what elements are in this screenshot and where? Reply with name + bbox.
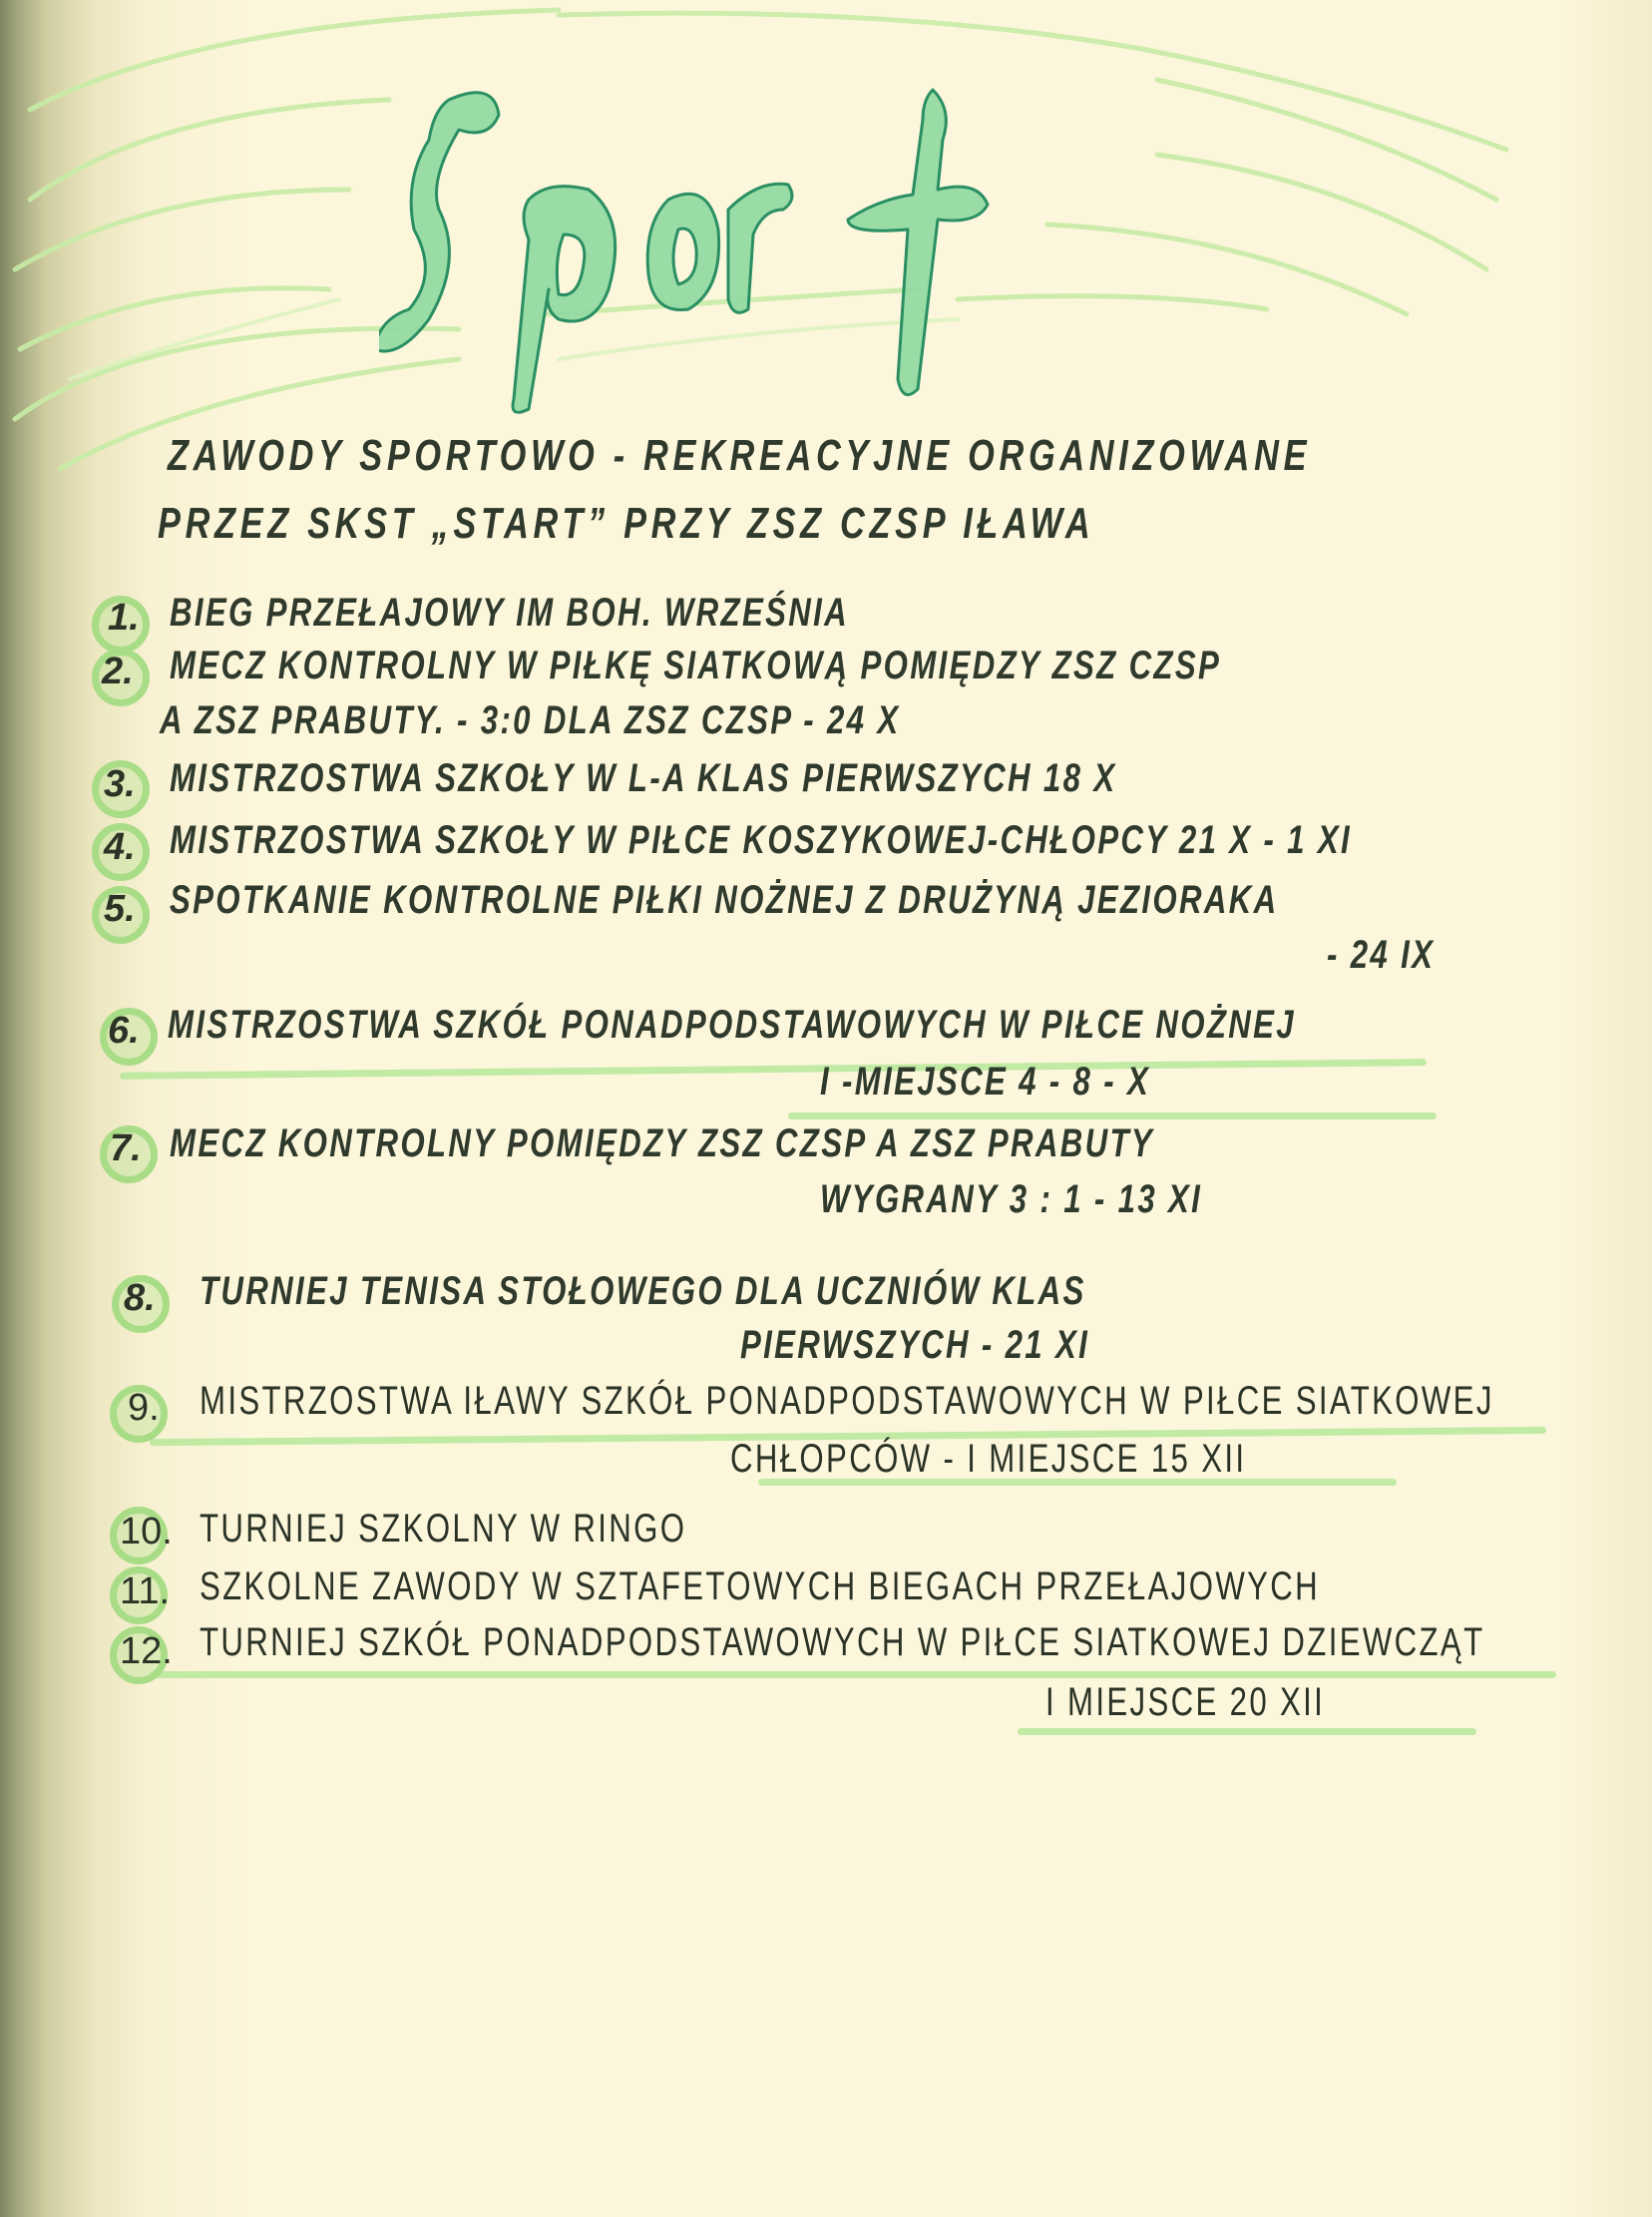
item-text: MISTRZOSTWA SZKOŁY W L-A KLAS PIERWSZYCH… [170, 756, 1116, 801]
item-number: 2. [102, 651, 134, 693]
highlight-underline [788, 1112, 1437, 1119]
item-text-continuation: WYGRANY 3 : 1 - 13 XI [820, 1177, 1202, 1222]
page-title-artwork [379, 60, 1097, 419]
item-number: 7. [110, 1127, 142, 1170]
item-number: 1. [108, 597, 140, 640]
item-text-continuation: CHŁOPCÓW - I MIEJSCE 15 XII [730, 1437, 1246, 1482]
item-text-continuation: - 24 IX [1327, 933, 1435, 978]
item-text: MECZ KONTROLNY W PIŁKĘ SIATKOWĄ POMIĘDZY… [170, 644, 1221, 688]
item-number: 3. [104, 763, 136, 806]
item-number: 10. [120, 1511, 173, 1553]
item-number: 5. [104, 888, 136, 931]
item-number: 9. [128, 1387, 160, 1430]
highlight-underline [150, 1671, 1556, 1678]
item-text: MISTRZOSTWA IŁAWY SZKÓŁ PONADPODSTAWOWYC… [200, 1379, 1494, 1424]
item-text: SPOTKANIE KONTROLNE PIŁKI NOŻNEJ Z DRUŻY… [170, 878, 1278, 923]
item-text: TURNIEJ SZKÓŁ PONADPODSTAWOWYCH W PIŁCE … [200, 1620, 1484, 1665]
item-text: MISTRZOSTWA SZKÓŁ PONADPODSTAWOWYCH W PI… [168, 1003, 1296, 1048]
item-text: MECZ KONTROLNY POMIĘDZY ZSZ CZSP A ZSZ P… [170, 1121, 1154, 1166]
item-text-continuation: PIERWSZYCH - 21 XI [740, 1323, 1089, 1368]
item-text-continuation: I -MIEJSCE 4 - 8 - X [820, 1060, 1150, 1105]
item-text: TURNIEJ SZKOLNY W RINGO [200, 1507, 686, 1552]
item-text: BIEG PRZEŁAJOWY IM BOH. WRZEŚNIA [170, 591, 849, 636]
item-number: 6. [108, 1010, 140, 1053]
item-number: 8. [124, 1277, 156, 1320]
item-text: MISTRZOSTWA SZKOŁY W PIŁCE KOSZYKOWEJ-CH… [170, 818, 1352, 863]
item-text-continuation: A ZSZ PRABUTY. - 3:0 DLA ZSZ CZSP - 24 X [160, 698, 901, 743]
item-number: 4. [104, 826, 136, 869]
scrapbook-page: ZAWODY SPORTOWO - REKREACYJNE ORGANIZOWA… [0, 0, 1652, 2217]
item-text: SZKOLNE ZAWODY W SZTAFETOWYCH BIEGACH PR… [200, 1564, 1320, 1609]
highlight-underline [120, 1059, 1427, 1080]
item-number: 12. [120, 1630, 173, 1673]
item-text-continuation: I MIEJSCE 20 XII [1045, 1680, 1325, 1725]
header-line-1: ZAWODY SPORTOWO - REKREACYJNE ORGANIZOWA… [168, 431, 1311, 481]
item-text: TURNIEJ TENISA STOŁOWEGO DLA UCZNIÓW KLA… [200, 1269, 1086, 1314]
highlight-underline [1018, 1728, 1476, 1735]
header-line-2: PRZEZ SKST „START” PRZY ZSZ CZSP IŁAWA [158, 499, 1094, 549]
item-number: 11. [120, 1570, 170, 1613]
